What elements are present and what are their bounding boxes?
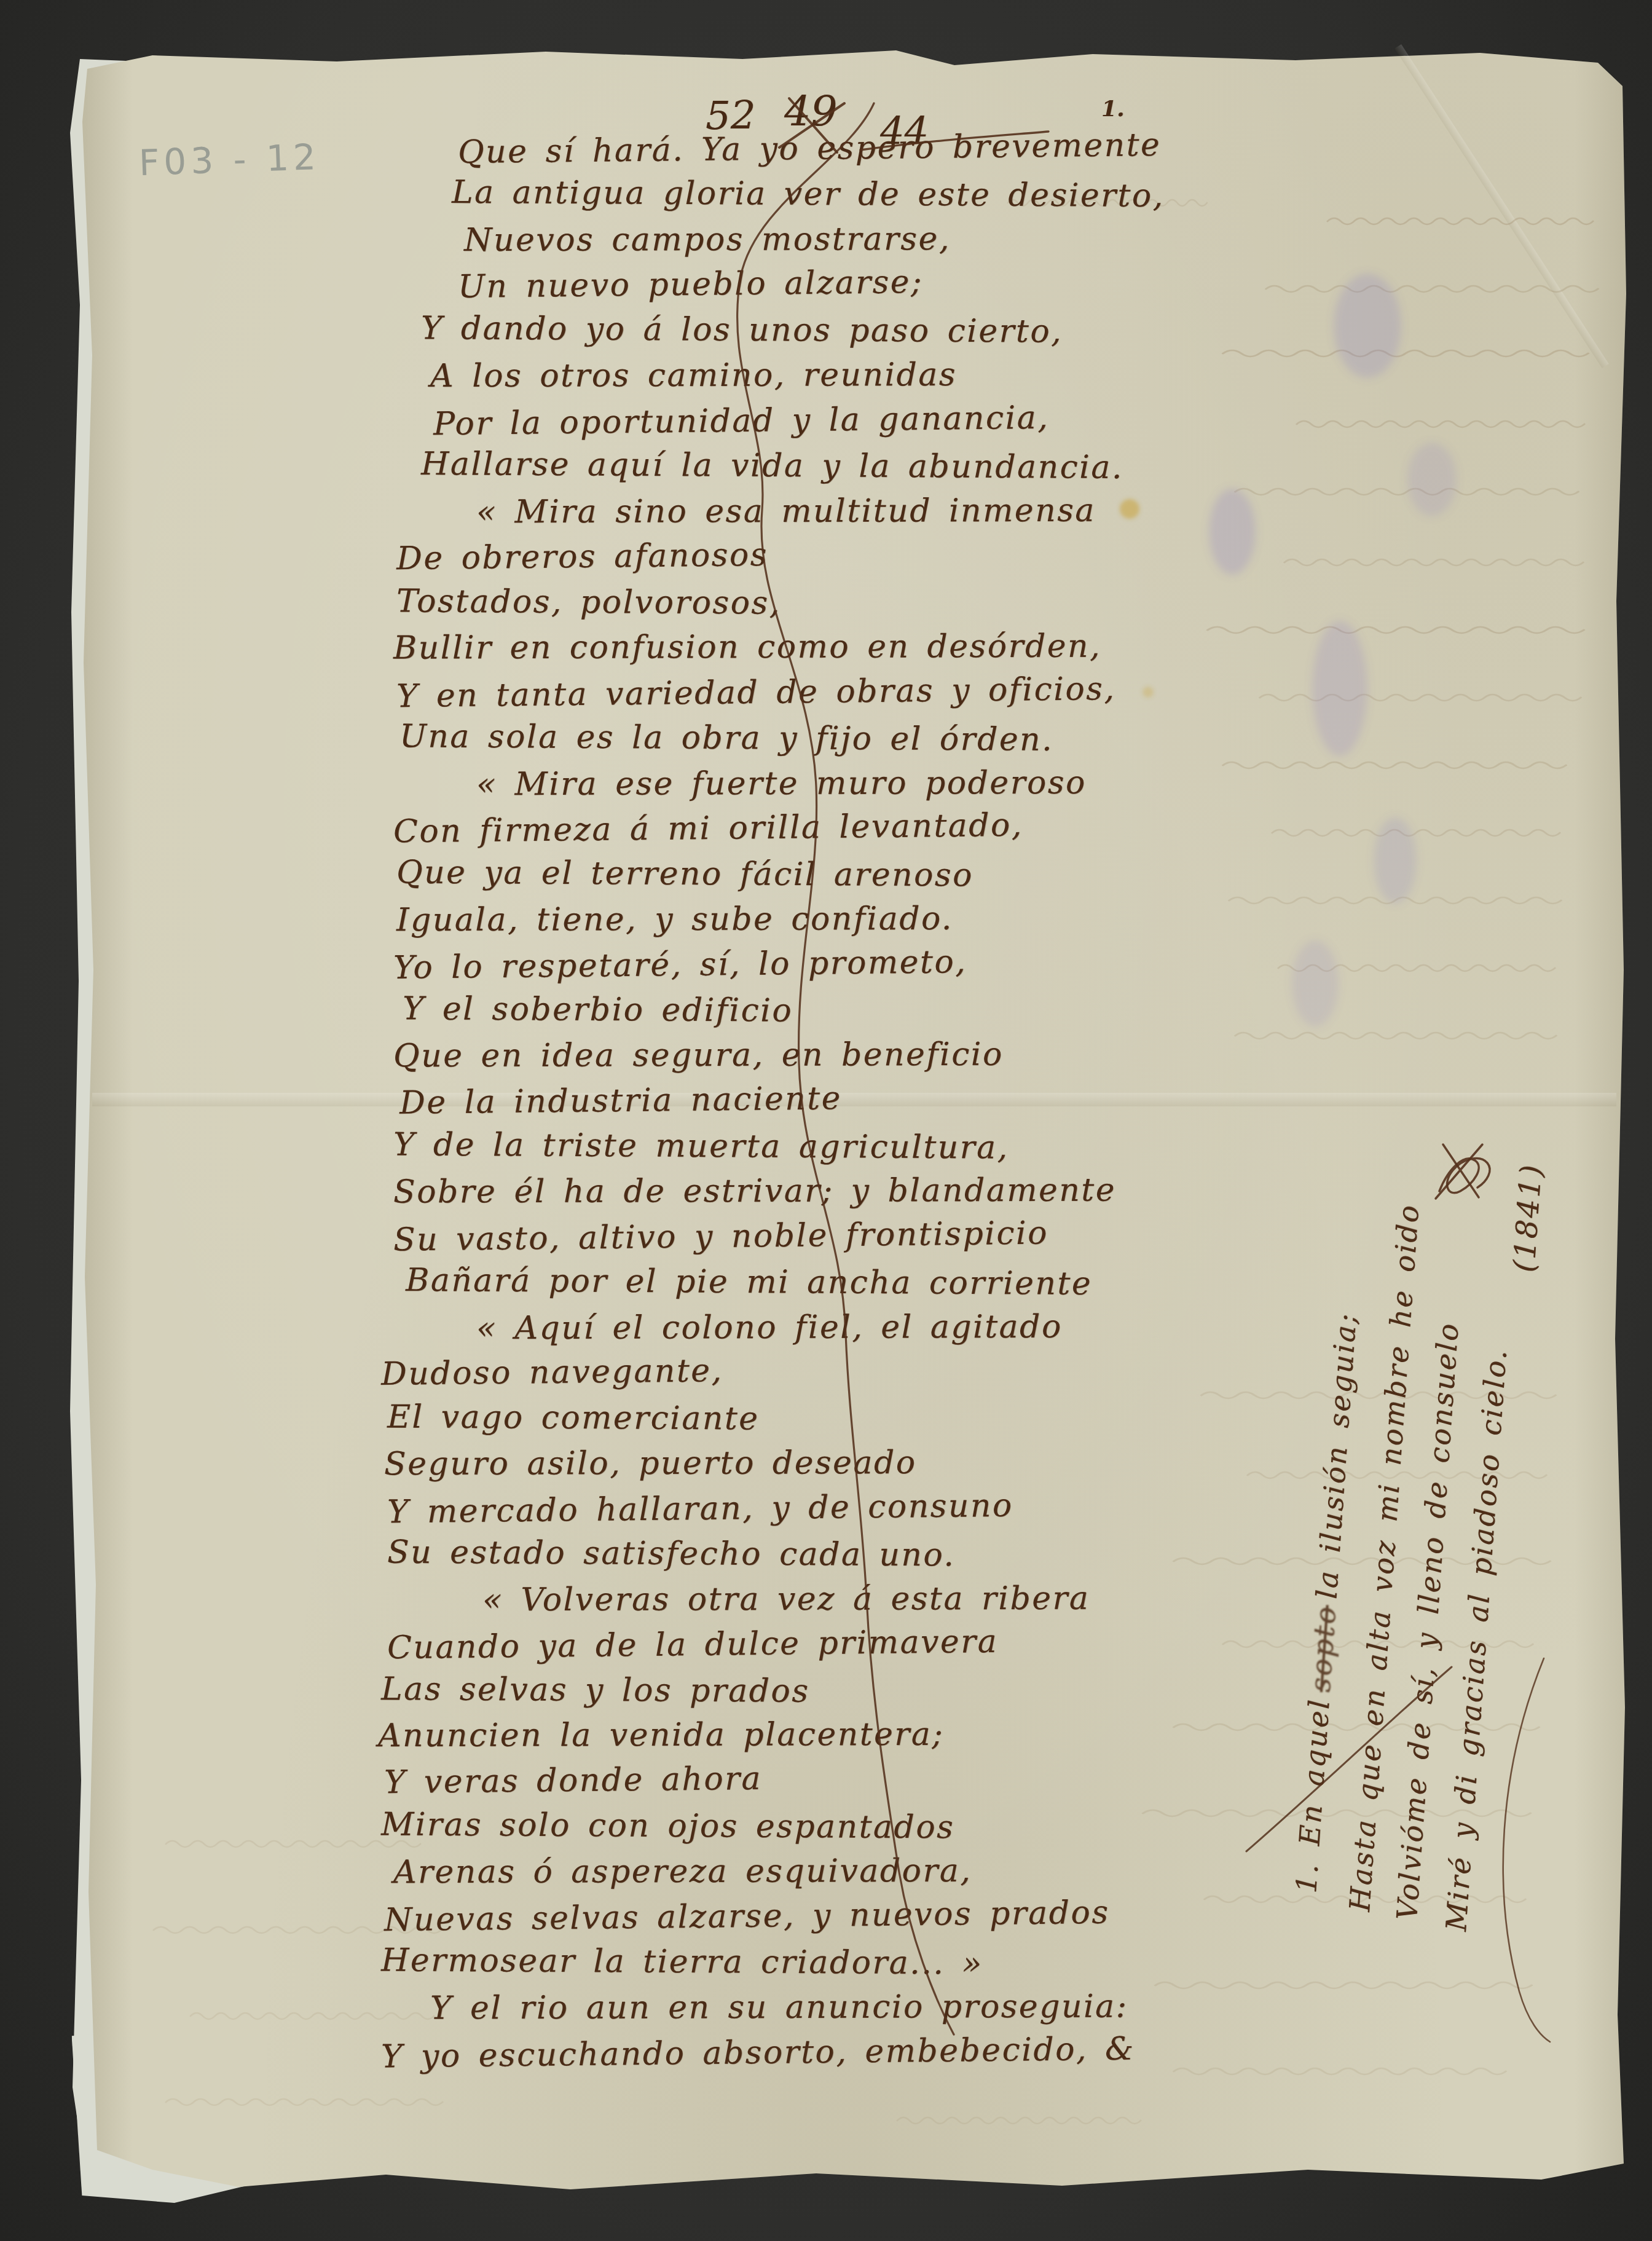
poem-line: Un nuevo pueblo alzarse;	[458, 264, 924, 305]
poem-line: Nuevos campos mostrarse,	[464, 221, 951, 259]
poem-line: Yo lo respetaré, sí, lo prometo,	[393, 943, 967, 987]
poem-line: Por la oportunidad y la ganancia,	[433, 400, 1050, 443]
poem-line: Que sí hará. Ya yo espero brevemente	[458, 127, 1162, 171]
poem-line: Y el soberbio edificio	[403, 990, 793, 1029]
poem-line: Y en tanta variedad de obras y oficios,	[396, 671, 1116, 715]
poem-line: Las selvas y los prados	[381, 1671, 810, 1710]
poem-line: De obreros afanosos	[396, 537, 768, 577]
poem-line: Seguro asilo, puerto deseado	[384, 1444, 917, 1483]
poem-line: Hermosear la tierra criadora... »	[381, 1942, 983, 1982]
poem-line: Dudoso navegante,	[381, 1352, 723, 1393]
poem-line: Y yo escuchando absorto, embebecido, &	[381, 2031, 1135, 2076]
pencil-reference-mark: F03 - 12	[138, 136, 321, 184]
poem-line: El vago comerciante	[387, 1398, 760, 1437]
poem-line: Bañará por el pie mi ancha corriente	[406, 1262, 1092, 1302]
poem-line: Tostados, polvorosos,	[396, 583, 781, 621]
poem-line: Que ya el terreno fácil arenoso	[396, 854, 974, 894]
poem-line: Arenas ó aspereza esquivadora,	[393, 1853, 972, 1891]
poem-line: « Mira ese fuerte muro poderoso	[476, 765, 1087, 803]
poem-line: Que en idea segura, en beneficio	[393, 1036, 1004, 1075]
poem-line: Con firmeza á mi orilla levantado,	[393, 807, 1023, 851]
poem-line: La antigua gloria ver de este desierto,	[452, 174, 1165, 215]
poem-line: Iguala, tiene, y sube confiado.	[396, 900, 953, 939]
poem-line: De la industria naciente	[399, 1080, 842, 1122]
poem-line: Y veras donde ahora	[384, 1760, 763, 1801]
poem-line: Sobre él ha de estrivar; y blandamente	[393, 1172, 1116, 1210]
poem-line: Y el rio aun en su anuncio proseguia:	[430, 1988, 1128, 2027]
margin-note-struck-word: sopto	[1304, 1604, 1343, 1693]
poem-line: Y mercado hallaran, y de consuno	[387, 1487, 1013, 1531]
poem-line: Anuncien la venida placentera;	[378, 1716, 944, 1754]
poem-line: Hallarse aquí la vida y la abundancia.	[421, 446, 1123, 486]
poem-line: Bullir en confusion como en desórden,	[393, 628, 1101, 666]
poem-line: A los otros camino, reunidas	[430, 356, 957, 395]
scanned-manuscript-page: F03 - 12 52 49 44 1. Que sí hará. Ya yo …	[0, 0, 1652, 2241]
poem-line: Nuevas selvas alzarse, y nuevos prados	[384, 1894, 1110, 1939]
poem-line: Y dando yo á los unos paso cierto,	[421, 310, 1063, 350]
poem-line: Su estado satisfecho cada uno.	[387, 1534, 956, 1574]
poem-line: Cuando ya de la dulce primavera	[387, 1623, 999, 1666]
poem-line: « Volveras otra vez á esta ribera	[482, 1580, 1090, 1619]
poem-line: « Mira sino esa multitud inmensa	[476, 492, 1096, 531]
poem-line: Su vasto, altivo y noble frontispicio	[393, 1215, 1048, 1258]
poem-line: Una sola es la obra y fijo el órden.	[399, 718, 1053, 758]
header-number-crossed: 49	[784, 87, 838, 136]
poem-line: Y de la triste muerta agricultura,	[393, 1126, 1009, 1166]
poem-line: « Aquí el colono fiel, el agitado	[476, 1309, 1063, 1347]
header-corner-mark: 1.	[1101, 96, 1125, 122]
poem-line: Miras solo con ojos espantados	[381, 1806, 955, 1846]
